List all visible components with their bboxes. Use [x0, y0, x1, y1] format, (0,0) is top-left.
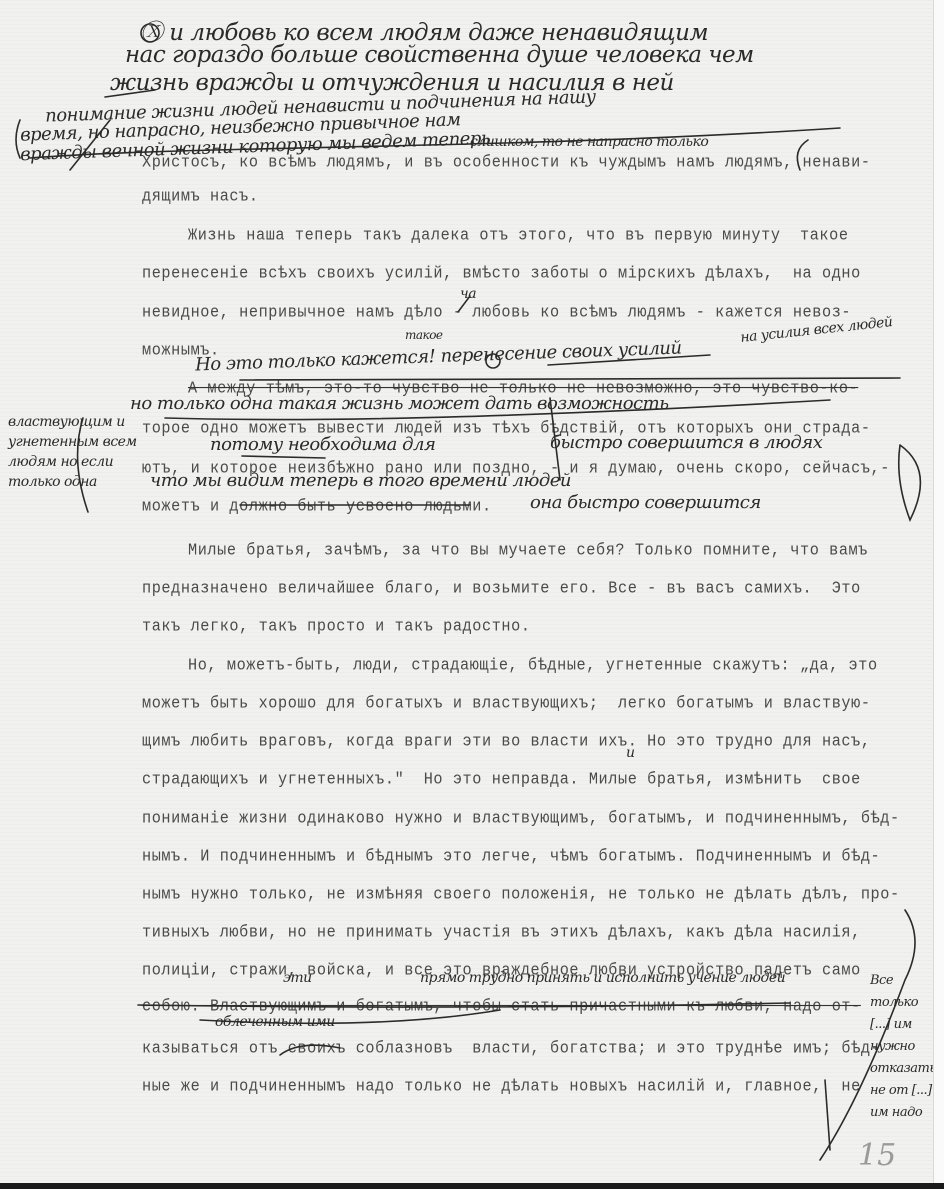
typed-line: дящимъ насъ. [142, 186, 259, 206]
handwritten-line: нас гораздо больше свойственна душе чело… [125, 42, 754, 68]
typed-line: можетъ быть хорошо для богатыхъ и властв… [142, 693, 871, 713]
typed-line: нымъ нужно только, не измѣняя своего пол… [142, 884, 900, 904]
typed-line: ные же и подчиненнымъ надо только не дѣл… [142, 1076, 861, 1096]
typed-line: такъ легко, такъ просто и такъ радостно. [142, 616, 531, 636]
handwritten-insertion: прямо трудно принять и исполнить учение … [420, 970, 785, 986]
handwritten-insertion: и [626, 745, 635, 761]
typed-line: тивныхъ любви, но не принимать участiя в… [142, 922, 861, 942]
typed-line: Но, можетъ-быть, люди, страдающiе, бѣдны… [188, 655, 878, 675]
typed-line: Жизнь наша теперь такъ далека отъ этого,… [188, 225, 849, 245]
handwritten-insertion: что мы видим теперь в того времени людей [150, 470, 571, 491]
typed-line: Христосъ, ко всѣмъ людямъ, и въ особенно… [142, 152, 871, 172]
typed-line: страдающихъ и угнетенныхъ." Но это непра… [142, 769, 861, 789]
handwritten-insertion: эти [283, 970, 312, 986]
handwritten-margin-note: властвующим и угнетенным всем людям но е… [8, 412, 138, 492]
typed-line: предназначено величайшее благо, и возьми… [142, 578, 861, 598]
handwritten-margin-note: Все только [...] им нужно отказаться не … [870, 970, 932, 1124]
typed-line: казываться отъ своихъ соблазновъ власти,… [142, 1038, 880, 1058]
scan-border [0, 1183, 944, 1189]
document-page: Ⓧ и любовь ко всем людям даже ненавидящи… [0, 0, 934, 1189]
typed-line: Милые братья, зачѣмъ, за что вы мучаете … [188, 540, 868, 560]
typed-line: перенесенie всѣхъ своихъ усилiй, вмѣсто … [142, 263, 861, 283]
page-edge [933, 0, 944, 1189]
handwritten-insertion: быстро совершится в людях [550, 432, 822, 453]
handwritten-insertion: потому необходима для [210, 434, 435, 455]
page-number: 15 [858, 1138, 896, 1173]
typed-line: можетъ и должно быть усвоено людьми. [142, 496, 492, 516]
handwritten-line: слишком, то не напрасно только [470, 134, 708, 150]
typed-line: невидное, непривычное намъ дѣло - любовь… [142, 302, 851, 322]
typed-line: пониманiе жизни одинаково нужно и властв… [142, 808, 900, 828]
handwritten-insertion: такое [405, 328, 443, 342]
typed-line: щимъ любить враговъ, когда враги эти во … [142, 731, 871, 751]
handwritten-insertion: она быстро совершится [530, 492, 761, 513]
handwritten-insertion: ча [460, 286, 476, 302]
handwritten-insertion: облеченным ими [215, 1014, 335, 1030]
handwritten-insertion: но только одна такая жизнь может дать во… [130, 393, 669, 414]
typed-line: нымъ. И подчиненнымъ и бѣднымъ это легче… [142, 846, 880, 866]
handwritten-insertion: Но это только кажется! перенесение своих… [195, 338, 682, 376]
